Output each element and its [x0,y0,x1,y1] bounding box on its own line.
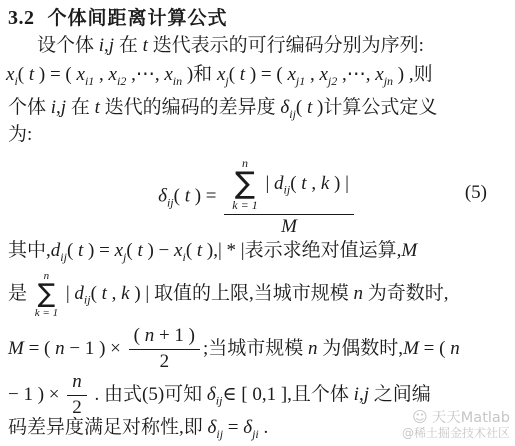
text-run: 2 [160,351,170,372]
text-run: ) ,则 [393,64,433,85]
text-run: , [305,64,319,85]
text-run: | [261,173,274,194]
text-run: ( [186,240,197,261]
text-run: 在 [114,35,143,56]
text-run: ) = [83,240,114,261]
text-run: ( [296,97,307,118]
text-run: ) = [190,186,221,207]
math-variable: n [72,371,82,392]
text-run: 迭代的编码的差异度 [100,97,281,118]
text-run: ( [91,283,102,304]
math-variable: d [74,283,84,304]
text-run: ,⋯, [337,64,375,85]
equation-5: δij( t ) = n∑k = 1 | dij( t , k ) | M (5… [0,153,515,233]
fraction: n2 [67,372,87,419]
math-variable: d [51,240,61,261]
text-run: ) = ( [34,64,76,85]
body-line-5: 其中,dij( t ) = xj( t ) − xi( t ),| * |表示求… [8,238,417,264]
text-run: ( [126,240,137,261]
math-variable: x [109,64,117,85]
fraction: ( n + 1 )2 [129,326,200,373]
body-line-1: 设个体 i,j 在 t 迭代表示的可行编码分别为序列: [37,33,424,59]
text-run: ) = ( [245,64,287,85]
text-run: ) − [143,240,174,261]
text-run: 个体 [8,97,51,118]
text-run: ) | [329,173,349,194]
text-run: ( [18,64,29,85]
text-run: = ( [24,338,55,359]
math-variable: x [77,64,85,85]
watermark: ☺天天Matlab @稀土掘金技术社区 [402,409,510,440]
text-run: ),| * |表示求绝对值运算, [202,240,401,261]
math-variable: x [164,64,172,85]
text-run: 其中, [8,240,51,261]
text-run: 为偶数时, [318,338,404,359]
text-run: + 1 ) [154,325,195,346]
body-line-4: 为: [8,122,32,148]
smiley-logo-icon: ☺ [412,408,428,426]
subscript: in [173,74,182,88]
math-variable: d [274,173,284,194]
math-variable: n [354,283,364,304]
math-variable: x [287,64,295,85]
text-run: ( [134,325,145,346]
summation-symbol: n∑k = 1 [35,270,58,319]
text-run: 是 [8,283,32,304]
text-run: = ( [419,338,450,359]
text-run: ( [174,186,185,207]
section-title: 个体间距离计算公式 [48,7,228,29]
math-variable: x [319,64,327,85]
text-run: , [107,283,121,304]
subscript: ji [252,427,259,441]
text-run: , [94,64,108,85]
subscript: ij [167,196,174,210]
text-run: 为奇数时, [363,283,449,304]
math-variable: δ [243,417,252,438]
text-run: 之间编 [369,384,431,405]
text-run: 在 [66,97,95,118]
text-run: − 1 ) × [8,384,64,405]
text-run: . [259,417,269,438]
section-number: 3.2 [8,7,35,29]
math-variable: n [308,338,318,359]
subscript: i2 [117,74,126,88]
math-variable: M [401,240,417,261]
equation-number: (5) [465,182,487,204]
text-run: ( [67,240,78,261]
text-run: ,⋯, [126,64,164,85]
paper-page: 3.2个体间距离计算公式 设个体 i,j 在 t 迭代表示的可行编码分别为序列:… [0,0,515,446]
text-run: 为: [8,124,32,145]
subscript: ij [84,293,91,307]
subscript: ij [60,250,67,264]
summation-symbol: n∑k = 1 [232,157,257,212]
text-run: | [61,283,74,304]
subscript: jn [384,74,393,88]
text-run: ∈ [ 0,1 ],且个体 [222,384,353,405]
text-run: = [223,417,243,438]
body-line-9: 码差异度满足对称性,即 δij = δji . [8,415,268,441]
math-variable: δ [207,384,216,405]
math-variable: x [375,64,383,85]
subscript: j1 [296,74,305,88]
subscript: i1 [85,74,94,88]
watermark-title-row: ☺天天Matlab [402,409,510,427]
text-run: 设个体 [37,35,99,56]
math-variable: δ [280,97,289,118]
text-run: − 1 ) × [65,338,126,359]
text-run: )计算公式定义 [312,97,437,118]
text-run: 码差异度满足对称性,即 [8,417,208,438]
text-run: 迭代表示的可行编码分别为序列: [148,35,424,56]
math-variable: δ [158,186,167,207]
subscript: j2 [328,74,337,88]
body-line-7: M = ( n − 1 ) × ( n + 1 )2;当城市规模 n 为偶数时,… [8,326,460,373]
text-run: )和 [182,64,217,85]
text-run: ;当城市规模 [203,338,308,359]
body-line-3: 个体 i,j 在 t 迭代的编码的差异度 δij( t )计算公式定义 [8,95,437,121]
body-line-6: 是 n∑k = 1 | dij( t , k ) | 取值的上限,当城市规模 n… [8,270,449,319]
math-variable: n [450,338,460,359]
math-variable: x [115,240,123,261]
math-variable: k [121,283,129,304]
watermark-subtitle: @稀土掘金技术社区 [402,427,510,441]
math-variable: k [321,173,329,194]
text-run: ) | 取值的上限,当城市规模 [130,283,354,304]
text-run: ( [229,64,240,85]
math-variable: M [281,216,297,237]
math-variable: M [8,338,24,359]
body-line-2: xi( t ) = ( xi1 , xi2 ,⋯, xin )和 xj( t )… [6,62,433,88]
text-run: ( [290,173,301,194]
math-variable: n [145,325,155,346]
equation-body: δij( t ) = n∑k = 1 | dij( t , k ) | M [158,157,357,238]
text-run: . 由式(5)可知 [90,384,207,405]
math-variable: n [55,338,65,359]
body-line-8: − 1 ) × n2 . 由式(5)可知 δij∈ [ 0,1 ],且个体 i,… [8,372,431,419]
fraction: n∑k = 1 | dij( t , k ) | M [224,157,354,238]
watermark-title: 天天Matlab [432,410,510,426]
subscript: ij [289,107,296,121]
section-heading: 3.2个体间距离计算公式 [8,3,228,30]
text-run: , [307,173,321,194]
math-variable: M [403,338,419,359]
